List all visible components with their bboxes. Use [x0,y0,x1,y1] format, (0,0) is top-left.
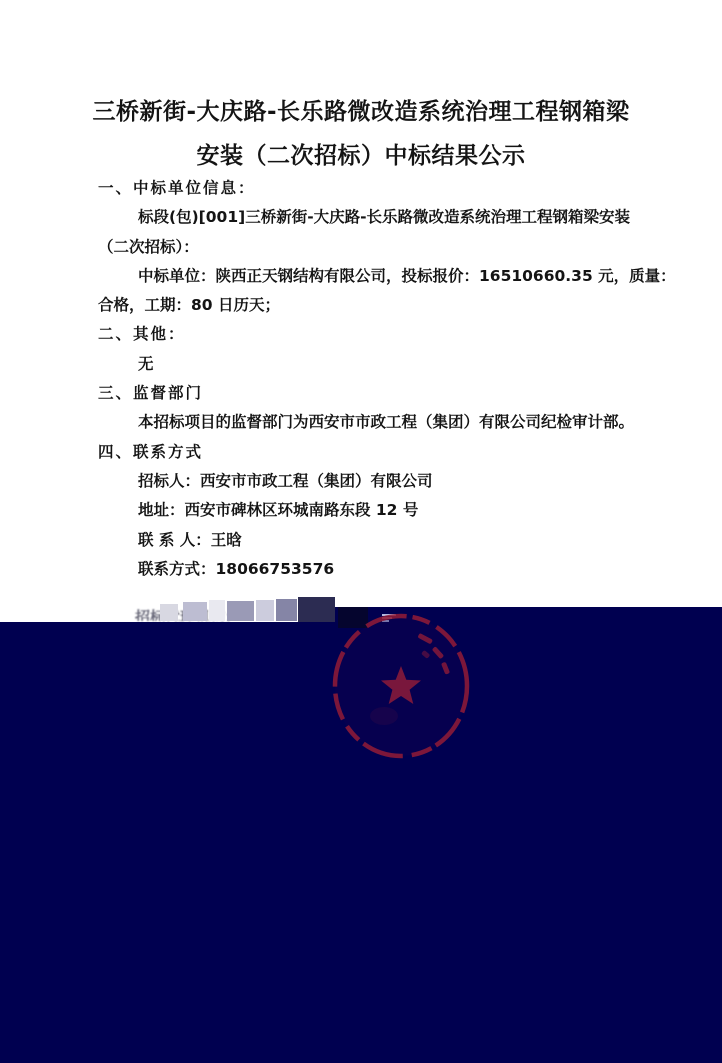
seal-smudge [370,707,398,725]
section-1-heading: 一、中标单位信息： [98,174,626,203]
doc-line-tenderer: 招标人：西安市市政工程（集团）有限公司 [98,467,626,496]
doc-line: （二次招标）： [98,233,626,262]
doc-line-contact-phone: 联系方式：18066753576 [98,555,626,584]
document-body: 一、中标单位信息： 标段(包)[001]三桥新街-大庆路-长乐路微改造系统治理工… [98,174,626,584]
doc-line-winning-bidder: 中标单位：陕西正天钢结构有限公司，投标报价：16510660.35 元，质量： [98,262,626,291]
title-line-1: 三桥新街-大庆路-长乐路微改造系统治理工程钢箱梁 [60,90,662,134]
doc-line-address: 地址：西安市碑林区环城南路东段 12 号 [98,496,626,525]
title-line-2: 安装（二次招标）中标结果公示 [60,134,662,178]
doc-line: 无 [98,350,626,379]
artifact-block [160,604,178,621]
artifact-block [209,600,225,621]
section-3-heading: 三、监督部门 [98,379,626,408]
doc-line-contact-person: 联 系 人：王晗 [98,526,626,555]
artifact-block [183,602,207,621]
doc-line: 标段(包)[001]三桥新街-大庆路-长乐路微改造系统治理工程钢箱梁安装 [98,203,626,232]
section-4-heading: 四、联系方式 [98,438,626,467]
artifact-block [256,600,274,621]
doc-line: 合格，工期：80 日历天； [98,291,626,320]
document-page: 三桥新街-大庆路-长乐路微改造系统治理工程钢箱梁 安装（二次招标）中标结果公示 … [0,0,722,1063]
artifact-block [276,599,297,621]
official-seal-stamp [326,608,476,766]
artifact-block [227,601,254,621]
section-2-heading: 二、其他： [98,320,626,349]
document-title: 三桥新街-大庆路-长乐路微改造系统治理工程钢箱梁 安装（二次招标）中标结果公示 [60,90,662,178]
doc-line: 本招标项目的监督部门为西安市市政工程（集团）有限公司纪检审计部。 [98,408,626,437]
